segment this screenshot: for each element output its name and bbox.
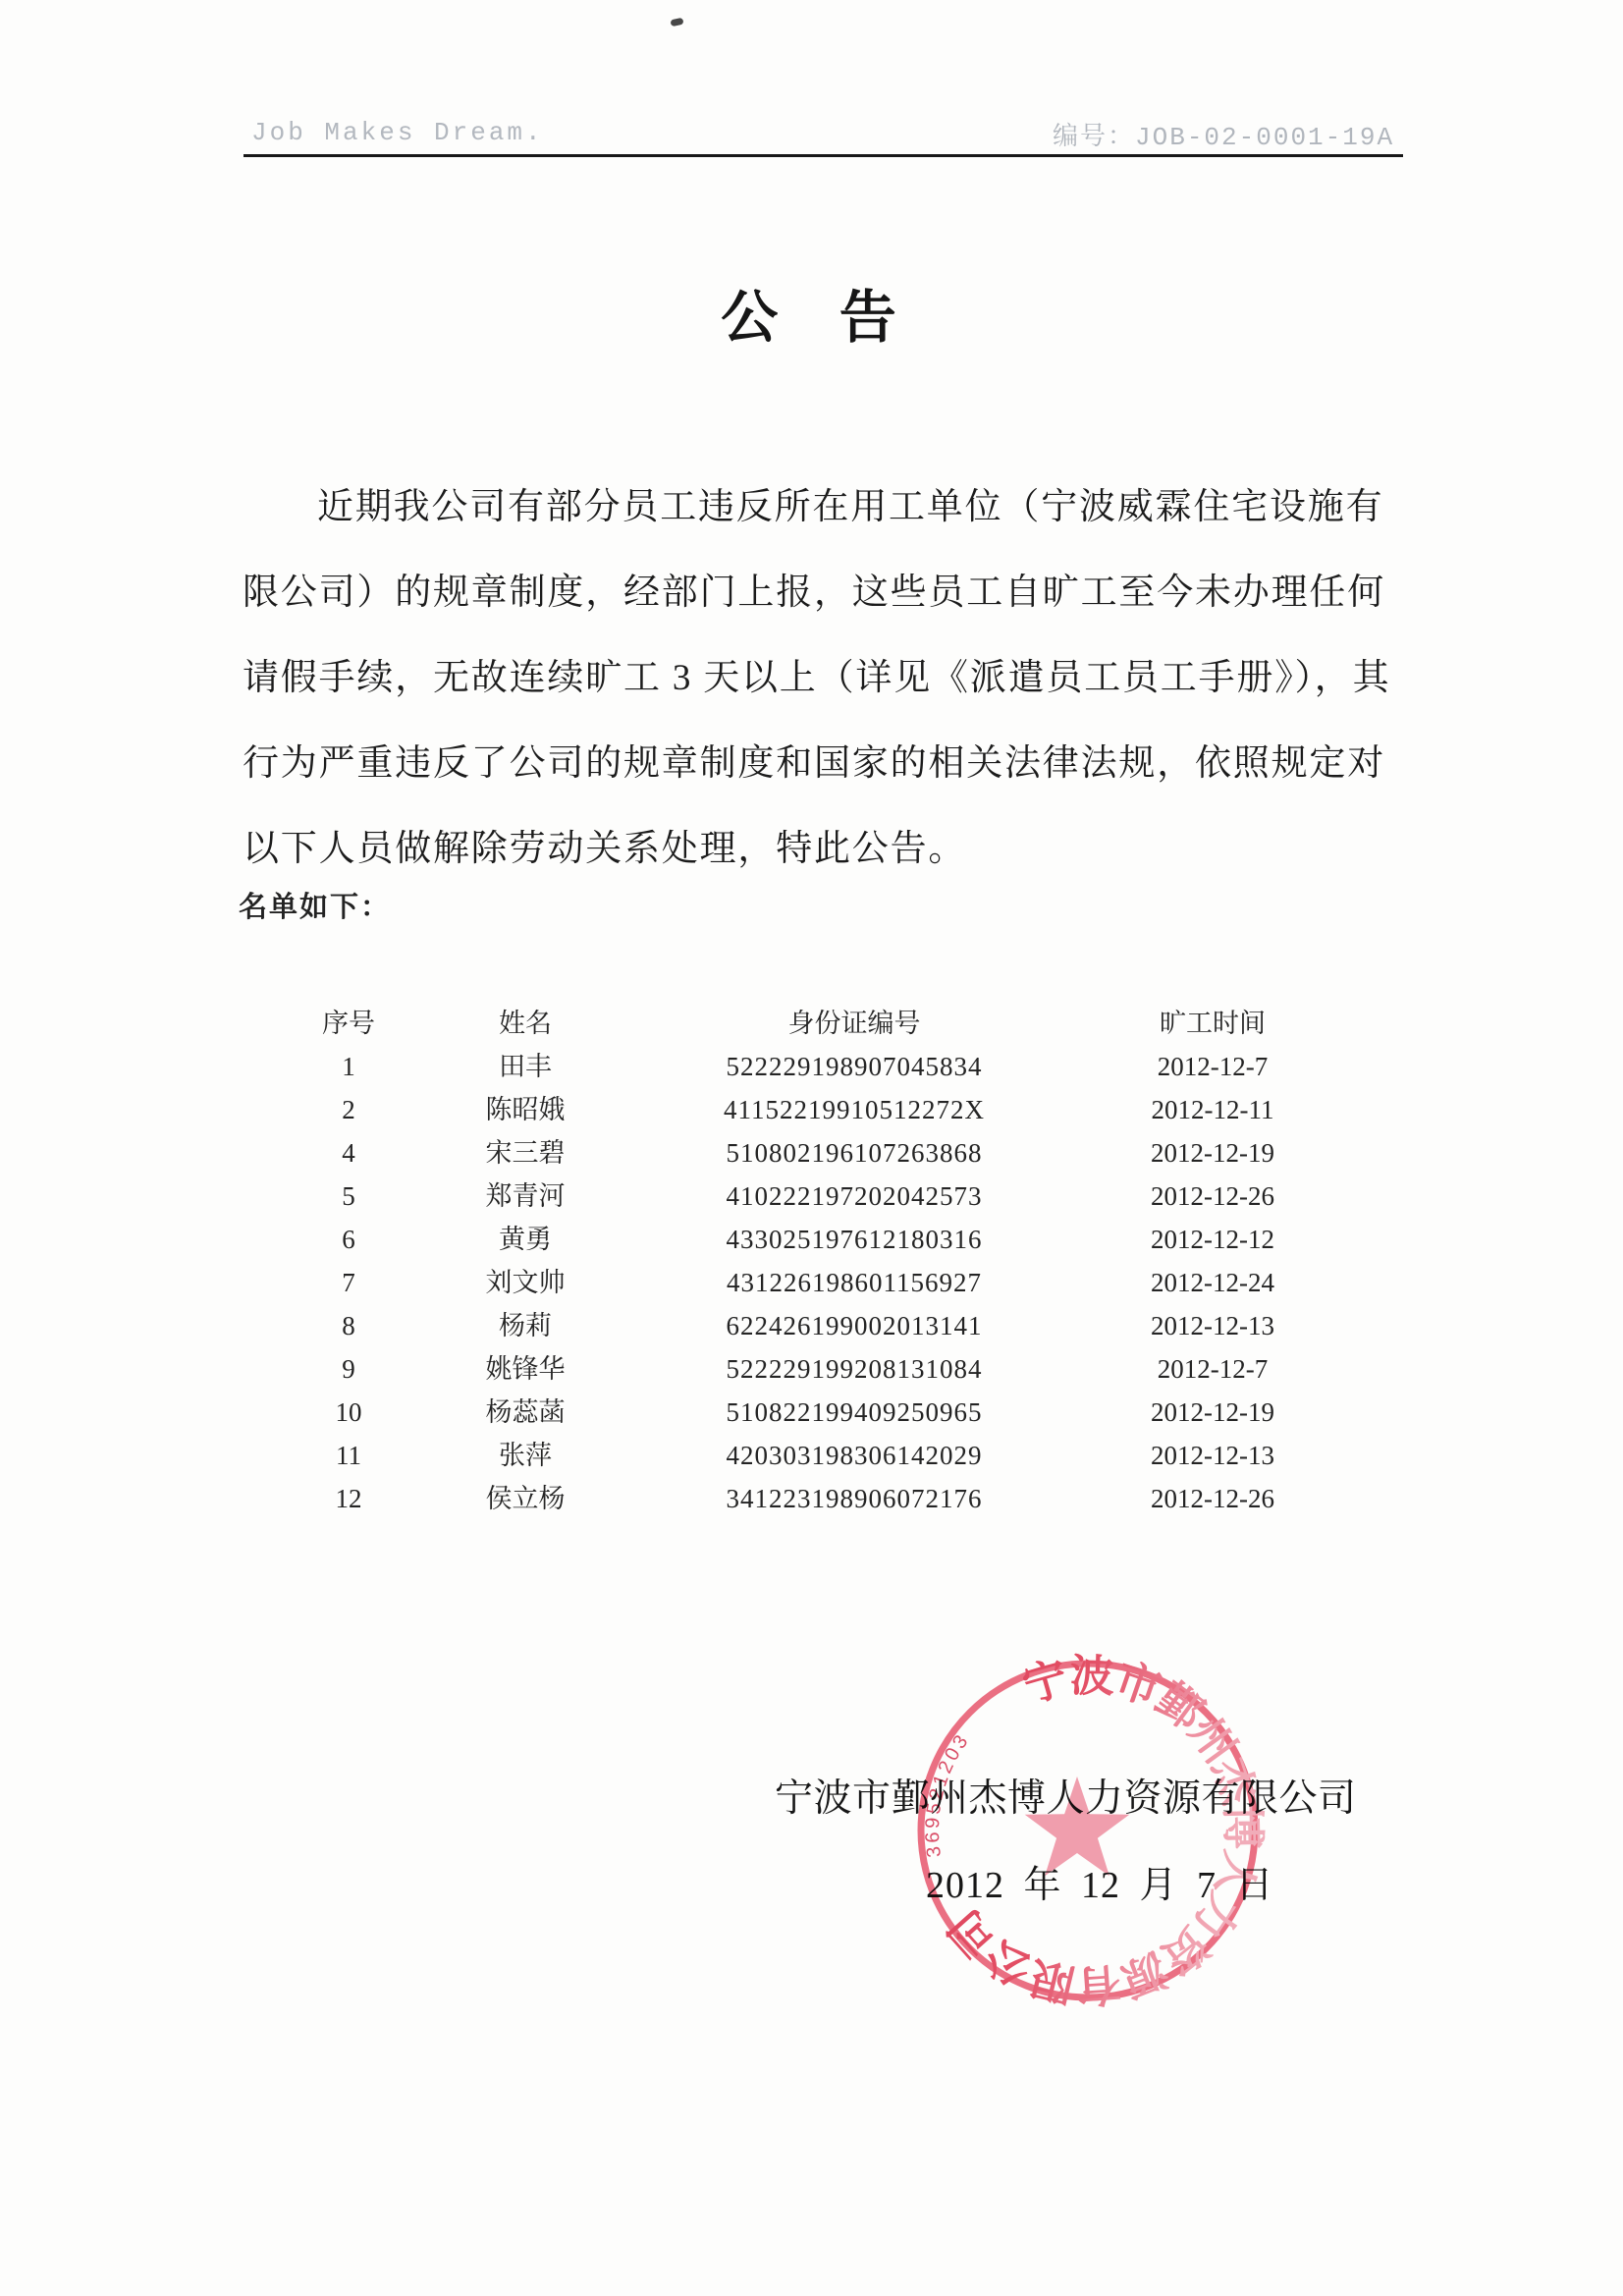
company-seal-stamp: 宁波市鄞州杰博人力资源有限公司 3695212033 <box>892 1634 1284 2027</box>
cell-id-number: 510822199409250965 <box>638 1391 1070 1434</box>
cell-absence-date: 2012-12-11 <box>1070 1088 1355 1131</box>
cell-index: 11 <box>285 1434 412 1477</box>
cell-absence-date: 2012-12-13 <box>1070 1434 1355 1477</box>
cell-id-number: 433025197612180316 <box>638 1218 1070 1261</box>
cell-id-number: 420303198306142029 <box>638 1434 1070 1477</box>
cell-absence-date: 2012-12-19 <box>1070 1131 1355 1175</box>
scan-speck <box>670 18 683 27</box>
cell-id-number: 341223198906072176 <box>638 1477 1070 1520</box>
body-line: 以下人员做解除劳动关系处理，特此公告。 <box>243 806 1411 892</box>
cell-id-number: 622426199002013141 <box>638 1304 1070 1347</box>
body-line: 近期我公司有部分员工违反所在用工单位（宁波威霖住宅设施有 <box>243 465 1411 550</box>
cell-absence-date: 2012-12-24 <box>1070 1261 1355 1304</box>
header-rule <box>243 154 1403 157</box>
cell-name: 宋三碧 <box>412 1131 638 1175</box>
cell-index: 2 <box>285 1088 412 1131</box>
list-label: 名单如下： <box>239 885 391 925</box>
termination-table: 序号 姓名 身份证编号 旷工时间 1 田丰 522229198907045834… <box>285 1002 1355 1520</box>
th-index: 序号 <box>285 1002 412 1045</box>
cell-id-number: 522229198907045834 <box>638 1045 1070 1088</box>
th-absence-date: 旷工时间 <box>1070 1002 1355 1045</box>
header-doc-number: 编号：JOB-02-0001-19A <box>1053 116 1394 152</box>
cell-index: 9 <box>285 1347 412 1391</box>
seal-star-icon <box>1025 1777 1130 1876</box>
cell-index: 5 <box>285 1175 412 1218</box>
announcement-body: 近期我公司有部分员工违反所在用工单位（宁波威霖住宅设施有 限公司）的规章制度，经… <box>243 465 1411 892</box>
body-line: 行为严重违反了公司的规章制度和国家的相关法律法规，依照规定对 <box>243 721 1411 806</box>
doc-number-label: 编号： <box>1053 123 1135 152</box>
cell-name: 田丰 <box>412 1045 638 1088</box>
document-page: Job Makes Dream. 编号：JOB-02-0001-19A 公 告 … <box>0 0 1623 2296</box>
cell-index: 6 <box>285 1218 412 1261</box>
cell-name: 黄勇 <box>412 1218 638 1261</box>
stamp-code-text: 3695212033 <box>892 1634 974 1859</box>
cell-name: 侯立杨 <box>412 1477 638 1520</box>
doc-number-value: JOB-02-0001-19A <box>1135 123 1394 152</box>
cell-index: 4 <box>285 1131 412 1175</box>
cell-name: 姚锋华 <box>412 1347 638 1391</box>
cell-absence-date: 2012-12-12 <box>1070 1218 1355 1261</box>
seal-code-text-el: 3695212033 <box>892 1634 974 1859</box>
th-name: 姓名 <box>412 1002 638 1045</box>
cell-index: 7 <box>285 1261 412 1304</box>
cell-absence-date: 2012-12-7 <box>1070 1347 1355 1391</box>
cell-id-number: 522229199208131084 <box>638 1347 1070 1391</box>
th-id-number: 身份证编号 <box>638 1002 1070 1045</box>
cell-index: 1 <box>285 1045 412 1088</box>
cell-name: 张萍 <box>412 1434 638 1477</box>
cell-name: 杨蕊菡 <box>412 1391 638 1434</box>
cell-absence-date: 2012-12-19 <box>1070 1391 1355 1434</box>
body-line: 限公司）的规章制度，经部门上报，这些员工自旷工至今未办理任何 <box>243 550 1411 635</box>
cell-index: 12 <box>285 1477 412 1520</box>
cell-id-number: 431226198601156927 <box>638 1261 1070 1304</box>
body-line: 请假手续，无故连续旷工 3 天以上（详见《派遣员工员工手册》），其 <box>243 635 1411 721</box>
cell-name: 郑青河 <box>412 1175 638 1218</box>
cell-absence-date: 2012-12-7 <box>1070 1045 1355 1088</box>
cell-id-number: 510802196107263868 <box>638 1131 1070 1175</box>
cell-absence-date: 2012-12-26 <box>1070 1477 1355 1520</box>
header-slogan: Job Makes Dream. <box>251 118 544 147</box>
page-title: 公 告 <box>0 271 1623 354</box>
cell-name: 刘文帅 <box>412 1261 638 1304</box>
cell-name: 杨莉 <box>412 1304 638 1347</box>
cell-index: 10 <box>285 1391 412 1434</box>
cell-absence-date: 2012-12-26 <box>1070 1175 1355 1218</box>
cell-id-number: 410222197202042573 <box>638 1175 1070 1218</box>
cell-index: 8 <box>285 1304 412 1347</box>
cell-absence-date: 2012-12-13 <box>1070 1304 1355 1347</box>
cell-name: 陈昭娥 <box>412 1088 638 1131</box>
cell-id-number: 41152219910512272X <box>638 1088 1070 1131</box>
